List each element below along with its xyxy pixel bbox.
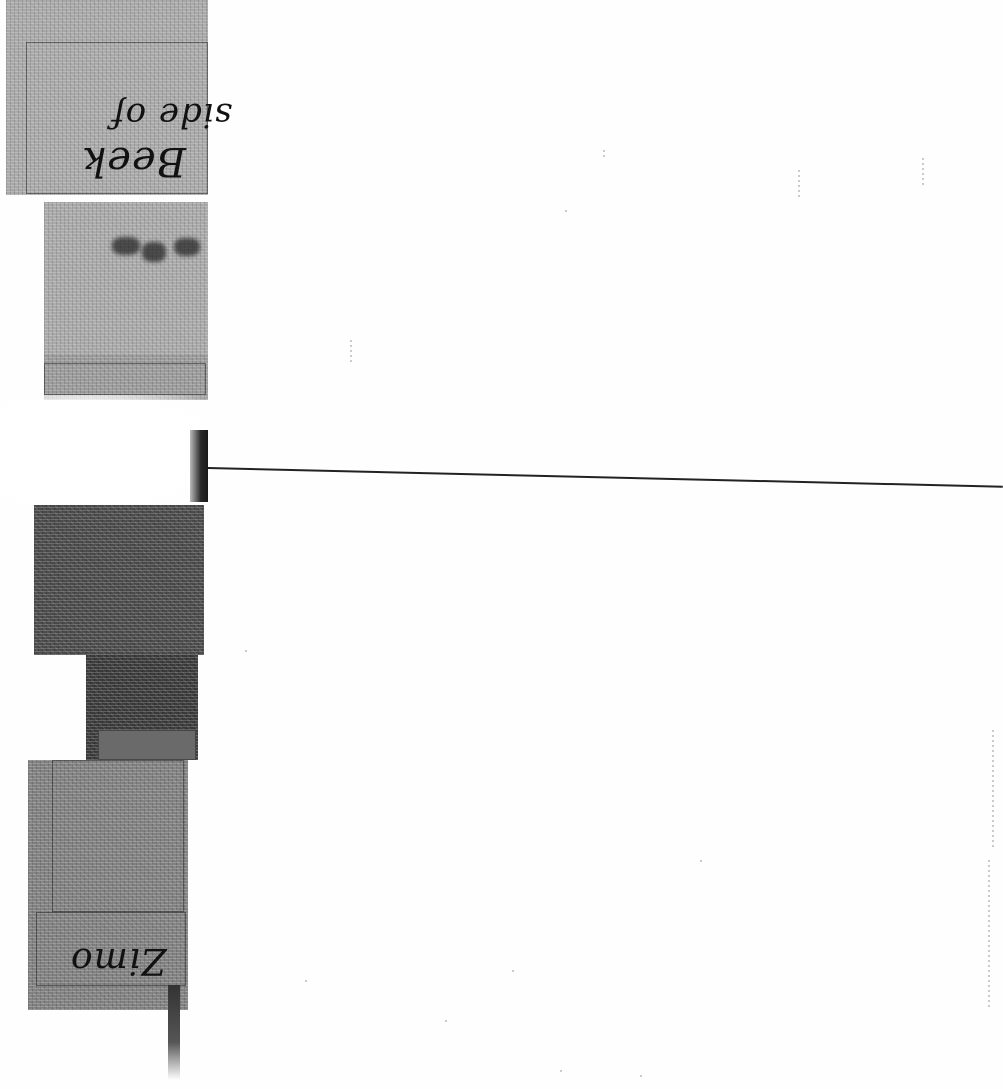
bleed-through-mark <box>988 860 990 1010</box>
bleed-through-mark <box>992 730 994 850</box>
bleed-through-mark <box>922 158 924 188</box>
bleed-through-mark <box>603 150 605 160</box>
bleed-through-mark <box>798 170 800 200</box>
sticky-note-3 <box>44 355 208 400</box>
ink-smudge <box>174 238 200 256</box>
scan-glare <box>0 395 210 505</box>
scan-speck <box>640 1075 642 1077</box>
sticky-note-4 <box>34 505 204 655</box>
binding-edge <box>190 430 208 502</box>
sticky-note-5 <box>86 655 198 760</box>
note-border <box>52 760 184 912</box>
scanned-page: side of Beek Zimo <box>0 0 1003 1089</box>
handwriting-line-side-of: side of <box>111 95 232 135</box>
scan-speck <box>565 210 567 212</box>
scan-speck <box>512 970 514 972</box>
ink-smudge <box>142 242 166 262</box>
scan-speck <box>700 860 702 862</box>
scan-speck <box>245 650 247 652</box>
sticky-note-side-of-beek: side of Beek <box>6 0 208 195</box>
handwriting-line-beek: Beek <box>81 138 186 184</box>
binding-edge-tail <box>168 985 180 1080</box>
scan-speck <box>445 1020 447 1022</box>
note-border <box>98 730 196 760</box>
scan-speck <box>560 1070 562 1072</box>
handwriting-zimo: Zimo <box>70 940 166 981</box>
note-border <box>44 363 206 395</box>
sticky-note-zimo: Zimo <box>28 760 188 1010</box>
sticky-note-2 <box>44 202 208 357</box>
scan-speck <box>305 980 307 982</box>
horizontal-rule <box>208 467 1003 488</box>
ink-smudge <box>112 237 140 255</box>
bleed-through-mark <box>350 340 352 362</box>
